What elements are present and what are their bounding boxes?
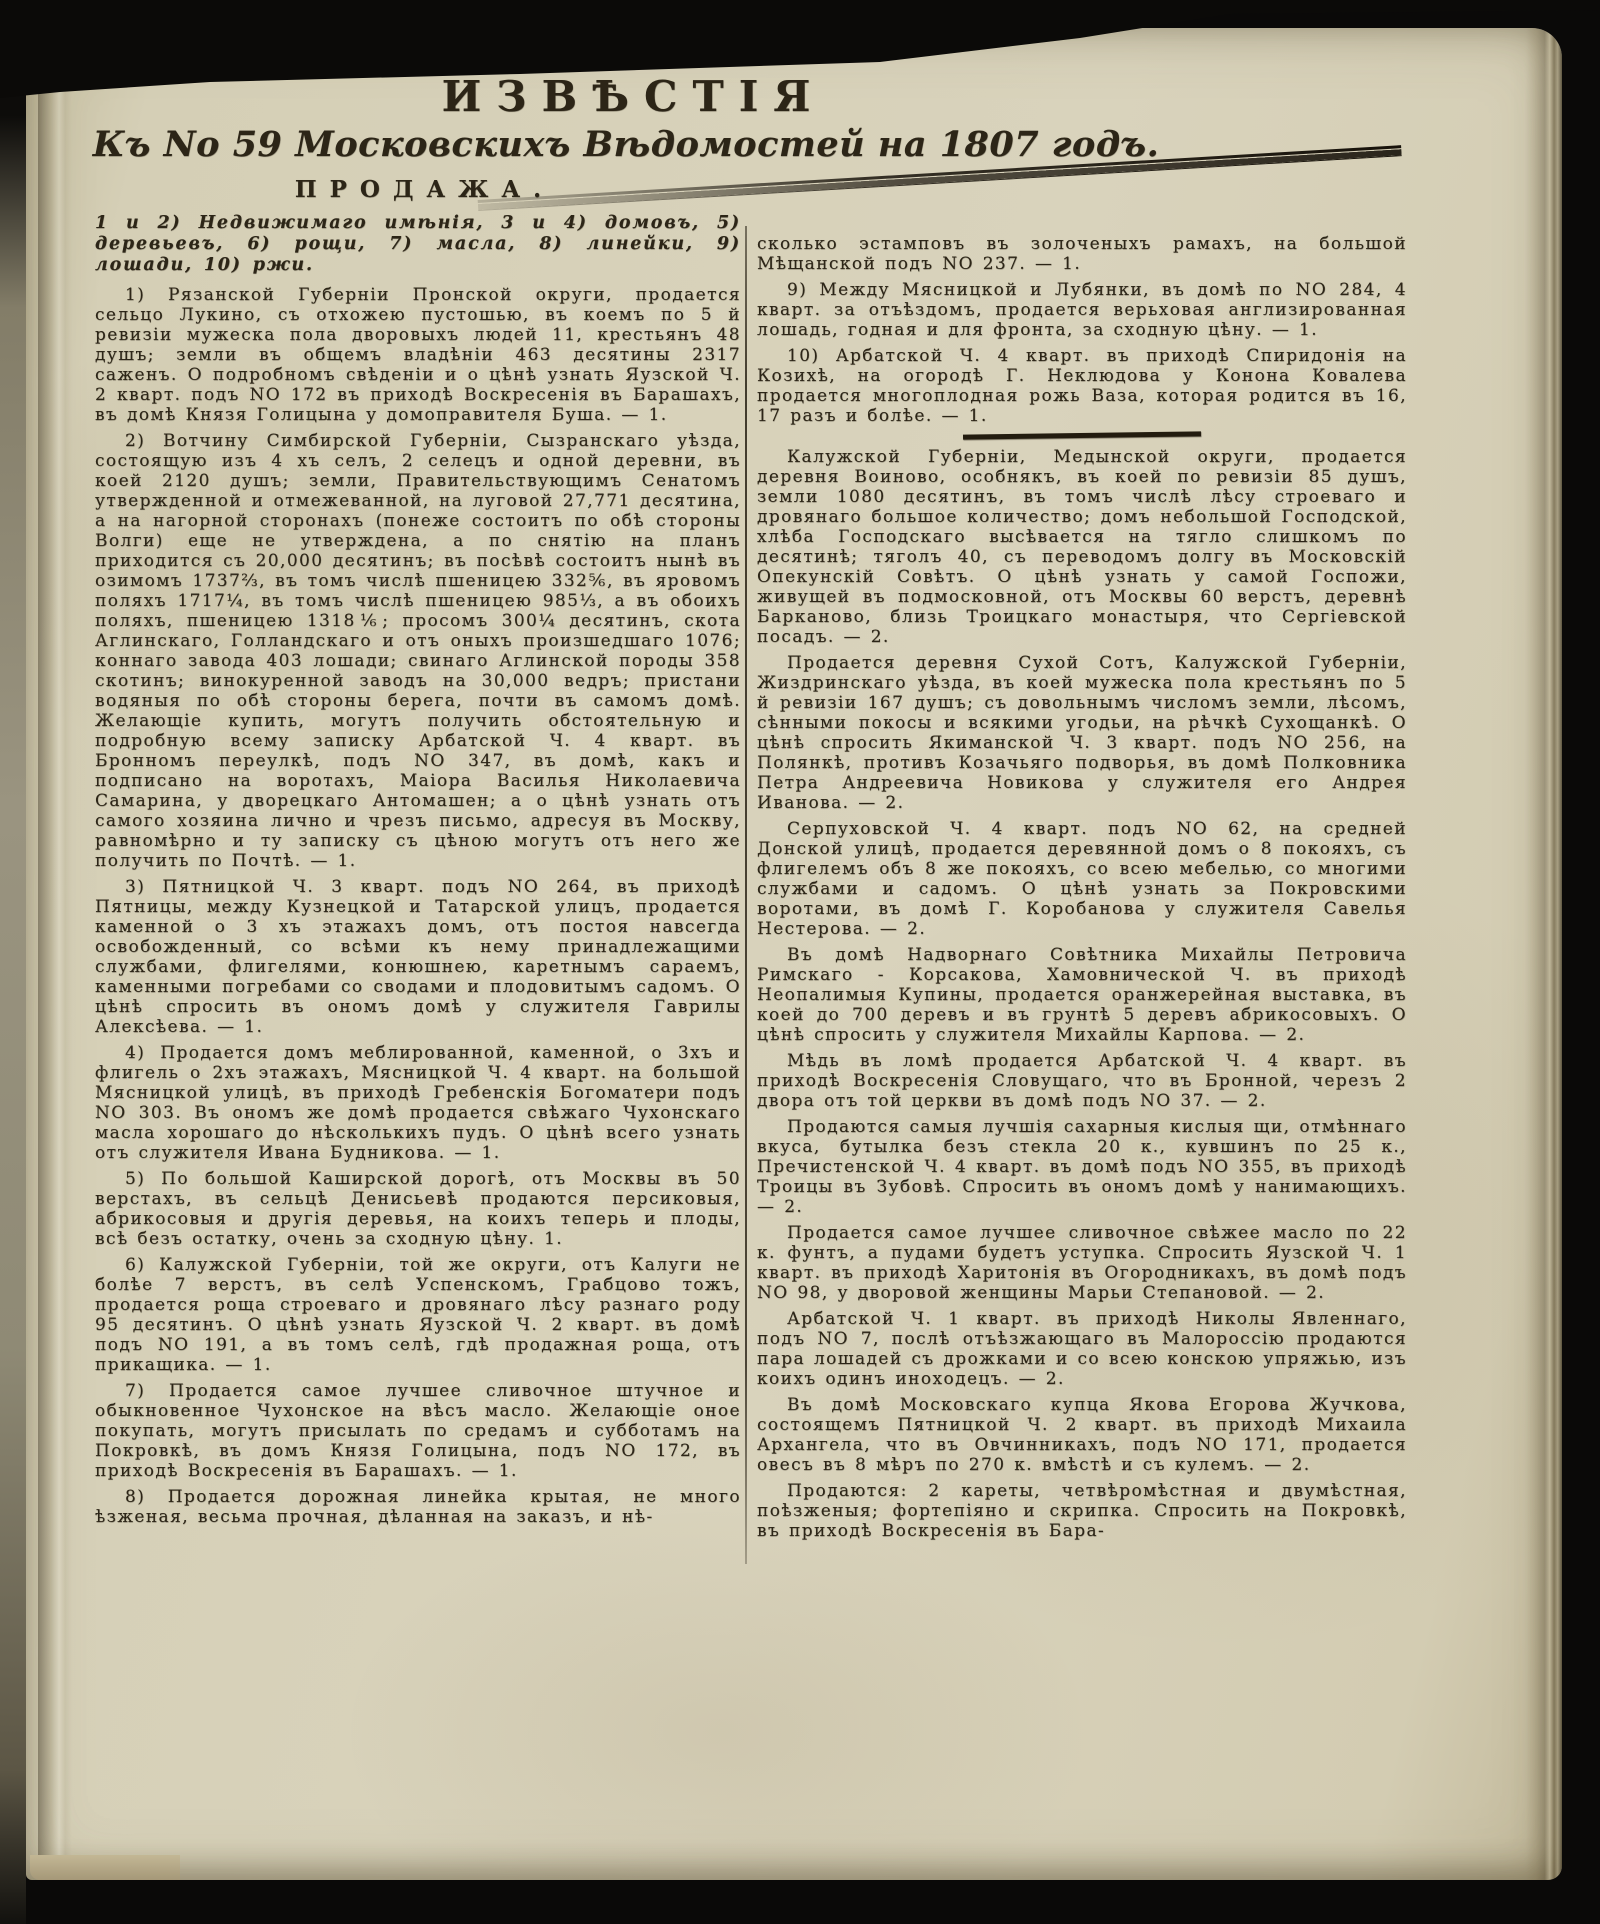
ad-rimsky-korsakov-orangery: Въ домѣ Надворнаго Совѣтника Михайлы Пет… (757, 945, 1407, 1045)
column-divider-rule (745, 226, 747, 1564)
ad-item-8: 8) Продается дорожная линейка крытая, не… (95, 1487, 741, 1527)
binding-crease (38, 28, 72, 1880)
ad-butter: Продается самое лучшее сливочное свѣжее … (757, 1223, 1407, 1303)
page-right-fold-edge (1526, 28, 1562, 1880)
right-column: сколько эстамповъ въ золоченыхъ рамахъ, … (757, 234, 1407, 1547)
ad-copper: Мѣдь въ ломѣ продается Арбатской Ч. 4 кв… (757, 1051, 1407, 1111)
section-separator-rule (963, 431, 1201, 439)
section-heading-prodazha: ПРОДАЖА. (95, 176, 741, 203)
ad-kaluga-voinovo: Калужской Губерніи, Медынской округи, пр… (757, 447, 1407, 647)
ad-item-6: 6) Калужской Губерніи, той же округи, от… (95, 1255, 741, 1375)
ad-item-7: 7) Продается самое лучшее сливочное штуч… (95, 1381, 741, 1481)
ad-item-1: 1) Рязанской Губерніи Пронской округи, п… (95, 285, 741, 425)
ad-item-8-continuation: сколько эстамповъ въ золоченыхъ рамахъ, … (757, 234, 1407, 274)
newspaper-page: ИЗВѢСТІЯ Къ No 59 Московскихъ Вѣдомостей… (26, 28, 1562, 1880)
ad-item-2: 2) Вотчину Симбирской Губерніи, Сызранск… (95, 431, 741, 871)
book-spine-edge (0, 0, 26, 1924)
ad-oats: Въ домѣ Московскаго купца Якова Егорова … (757, 1395, 1407, 1475)
ad-item-10: 10) Арбатской Ч. 4 кварт. въ приходѣ Спи… (757, 346, 1407, 426)
left-column: ПРОДАЖА. 1 и 2) Недвижимаго имѣнія, 3 и … (95, 176, 741, 1533)
index-of-ads: 1 и 2) Недвижимаго имѣнія, 3 и 4) домовъ… (95, 213, 741, 276)
underlying-page-edge (30, 1855, 180, 1880)
ad-horses-pair: Арбатской Ч. 1 кварт. въ приходѣ Николы … (757, 1309, 1407, 1389)
ad-item-5: 5) По большой Каширской дорогѣ, отъ Моск… (95, 1169, 741, 1249)
ad-item-4: 4) Продается домъ меблированной, каменно… (95, 1043, 741, 1163)
ad-sour-shchi: Продаются самыя лучшія сахарныя кислыя щ… (757, 1117, 1407, 1217)
ad-sukhoy-sot: Продается деревня Сухой Сотъ, Калужской … (757, 653, 1407, 813)
ad-carriages-fortepiano: Продаются: 2 кареты, четвѣромѣстная и дв… (757, 1481, 1407, 1541)
issue-subtitle: Къ No 59 Московскихъ Вѣдомостей на 1807 … (66, 124, 1186, 165)
ad-item-9: 9) Между Мясницкой и Лубянки, въ домѣ по… (757, 280, 1407, 340)
photographed-newspaper-page: { "page": { "masthead": "ИЗВѢСТІЯ", "sub… (0, 0, 1600, 1924)
ad-item-3: 3) Пятницкой Ч. 3 кварт. подъ NO 264, въ… (95, 877, 741, 1037)
ad-serpukhovskaya: Серпуховской Ч. 4 кварт. подъ NO 62, на … (757, 819, 1407, 939)
